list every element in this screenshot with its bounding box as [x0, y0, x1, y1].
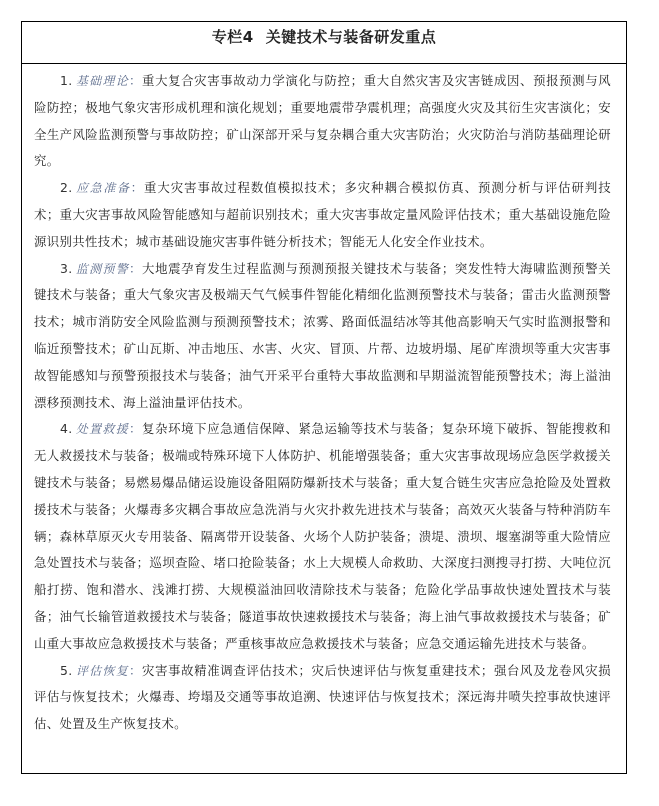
- section-monitoring-warning: 3.监测预警：大地震孕育发生过程监测与预测预报关键技术与装备；突发性特大海啸监测…: [34, 256, 611, 417]
- section-colon: ：: [131, 180, 144, 195]
- section-label: 基础理论: [76, 74, 129, 88]
- section-content: 大地震孕育发生过程监测与预测预报关键技术与装备；突发性特大海啸监测预警关键技术与…: [34, 261, 611, 410]
- section-index: 1.: [60, 73, 73, 88]
- section-label: 评估恢复: [76, 664, 129, 678]
- section-index: 5.: [60, 663, 73, 678]
- box-title: 专栏4关键技术与装备研发重点: [22, 22, 626, 64]
- box-body: 1.基础理论：重大复合灾害事故动力学演化与防控；重大自然灾害及灾害链成因、预报预…: [22, 64, 626, 738]
- section-emergency-preparation: 2.应急准备：重大灾害事故过程数值模拟技术；多灾种耦合模拟仿真、预测分析与评估研…: [34, 175, 611, 255]
- section-colon: ：: [129, 73, 142, 88]
- section-content: 复杂环境下应急通信保障、紧急运输等技术与装备；复杂环境下破拆、智能搜救和无人救援…: [34, 421, 611, 650]
- section-label: 应急准备: [76, 181, 131, 195]
- section-index: 4.: [60, 421, 73, 436]
- section-label: 处置救援: [76, 422, 129, 436]
- box-title-text: 关键技术与装备研发重点: [266, 28, 437, 46]
- section-colon: ：: [129, 261, 142, 276]
- feature-box: 专栏4关键技术与装备研发重点 1.基础理论：重大复合灾害事故动力学演化与防控；重…: [21, 21, 627, 774]
- section-label: 监测预警: [76, 262, 129, 276]
- section-colon: ：: [129, 663, 142, 678]
- box-title-number: 专栏4: [212, 28, 254, 46]
- section-disposal-rescue: 4.处置救援：复杂环境下应急通信保障、紧急运输等技术与装备；复杂环境下破拆、智能…: [34, 416, 611, 657]
- section-colon: ：: [129, 421, 142, 436]
- section-index: 2.: [60, 180, 73, 195]
- section-index: 3.: [60, 261, 73, 276]
- section-basic-theory: 1.基础理论：重大复合灾害事故动力学演化与防控；重大自然灾害及灾害链成因、预报预…: [34, 68, 611, 175]
- section-assessment-recovery: 5.评估恢复：灾害事故精准调查评估技术；灾后快速评估与恢复重建技术；强台风及龙卷…: [34, 658, 611, 738]
